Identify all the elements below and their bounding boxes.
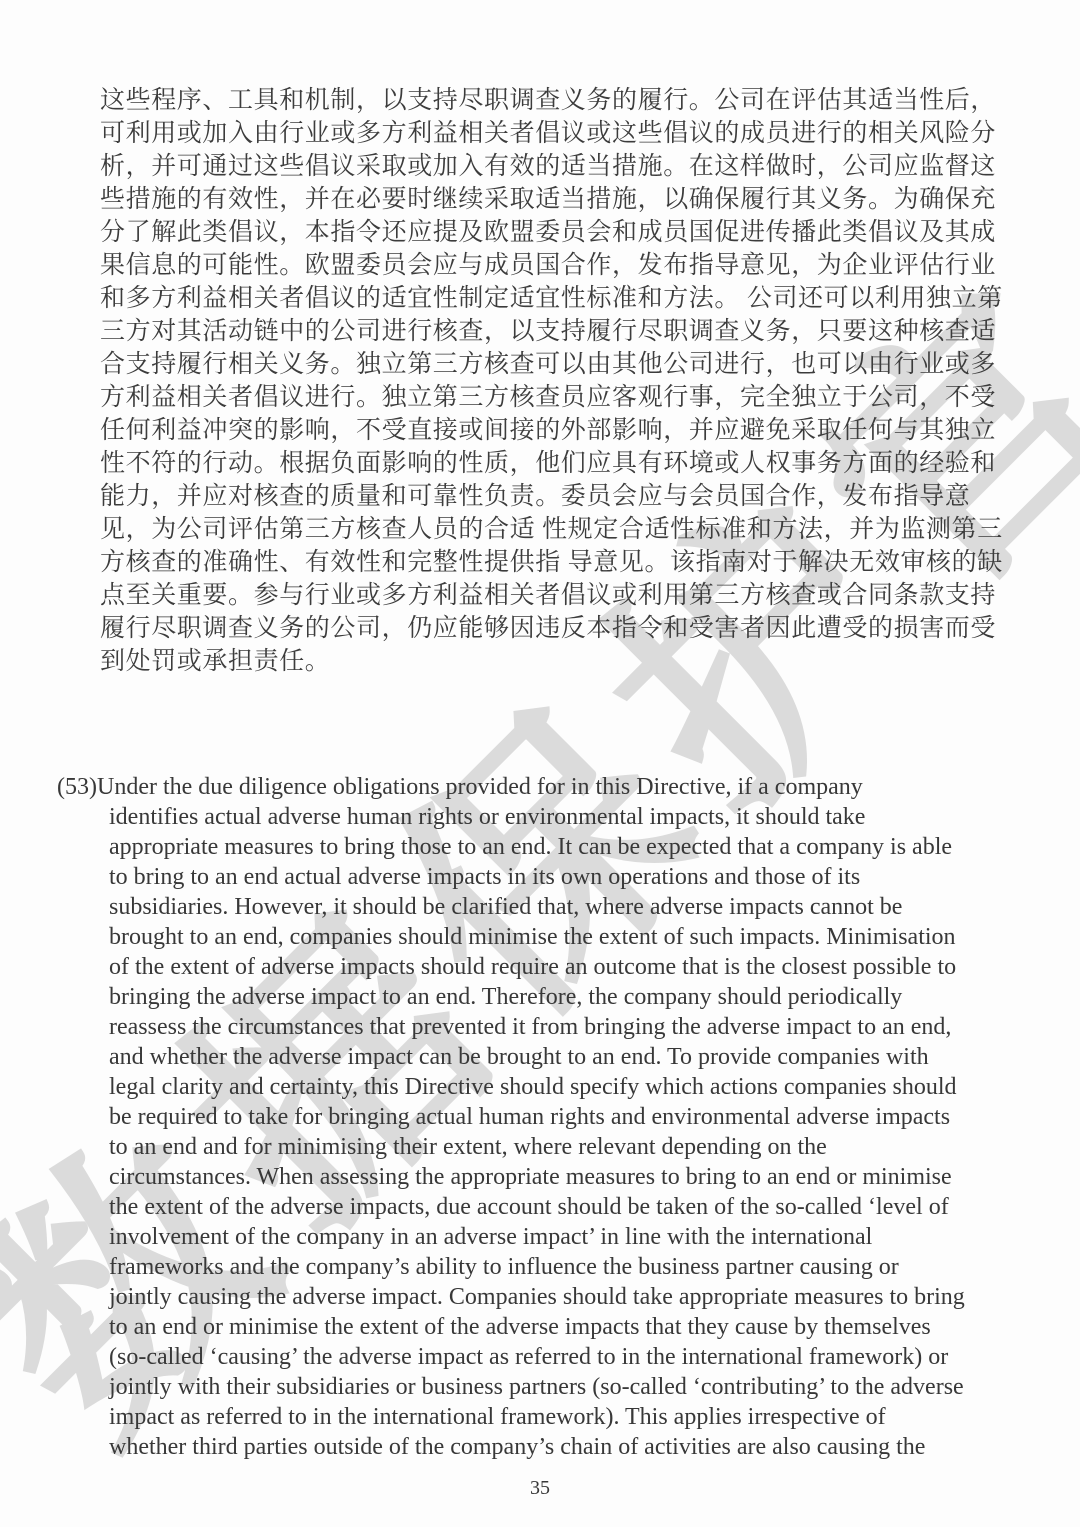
text-line: 分了解此类倡议，本指令还应提及欧盟委员会和成员国促进传播此类倡议及其成	[100, 216, 1020, 249]
text-line: 这些程序、工具和机制，以支持尽职调查义务的履行。公司在评估其适当性后，	[100, 84, 1020, 117]
text-line: 三方对其活动链中的公司进行核查，以支持履行尽职调查义务，只要这种核查适	[100, 315, 1020, 348]
text-line: 见，为公司评估第三方核查人员的合适 性规定合适性标准和方法，并为监测第三	[100, 513, 1020, 546]
text-line: subsidiaries. However, it should be clar…	[109, 892, 1047, 922]
text-line: 任何利益冲突的影响，不受直接或间接的外部影响，并应避免采取任何与其独立	[100, 414, 1020, 447]
text-line: appropriate measures to bring those to a…	[109, 832, 1047, 862]
text-line: 到处罚或承担责任。	[100, 645, 1020, 678]
text-line: impact as referred to in the internation…	[109, 1402, 1047, 1432]
text-line: 析，并可通过这些倡议采取或加入有效的适当措施。在这样做时，公司应监督这	[100, 150, 1020, 183]
text-line: to bring to an end actual adverse impact…	[109, 862, 1047, 892]
text-line: 方核查的准确性、有效性和完整性提供指 导意见。该指南对于解决无效审核的缺	[100, 546, 1020, 579]
text-line: 方利益相关者倡议进行。独立第三方核查员应客观行事，完全独立于公司，不受	[100, 381, 1020, 414]
text-line: identifies actual adverse human rights o…	[109, 802, 1047, 832]
text-line: 履行尽职调查义务的公司，仍应能够因违反本指令和受害者因此遭受的损害而受	[100, 612, 1020, 645]
text-line: of the extent of adverse impacts should …	[109, 952, 1047, 982]
english-paragraph-53: (53)Under the due diligence obligations …	[57, 772, 1047, 1462]
page-number: 35	[0, 1477, 1080, 1500]
text-line: and whether the adverse impact can be br…	[109, 1042, 1047, 1072]
text-line: 和多方利益相关者倡议的适宜性制定适宜性标准和方法。 公司还可以利用独立第	[100, 282, 1020, 315]
text-line: to an end or minimise the extent of the …	[109, 1312, 1047, 1342]
paragraph-body: identifies actual adverse human rights o…	[57, 802, 1047, 1462]
text-line: 性不符的行动。根据负面影响的性质，他们应具有环境或人权事务方面的经验和	[100, 447, 1020, 480]
text-line: 点至关重要。参与行业或多方利益相关者倡议或利用第三方核查或合同条款支持	[100, 579, 1020, 612]
paragraph-number: (53)	[57, 774, 97, 800]
text-line: bringing the adverse impact to an end. T…	[109, 982, 1047, 1012]
chinese-paragraph: 这些程序、工具和机制，以支持尽职调查义务的履行。公司在评估其适当性后，可利用或加…	[100, 84, 1020, 678]
text-line: whether third parties outside of the com…	[109, 1432, 1047, 1462]
text-line: legal clarity and certainty, this Direct…	[109, 1072, 1047, 1102]
text-line: involvement of the company in an adverse…	[109, 1222, 1047, 1252]
text-line: (so-called ‘causing’ the adverse impact …	[109, 1342, 1047, 1372]
text-line: 能力，并应对核查的质量和可靠性负责。委员会应与会员国合作，发布指导意	[100, 480, 1020, 513]
text-line: 果信息的可能性。欧盟委员会应与成员国合作，发布指导意见，为企业评估行业	[100, 249, 1020, 282]
paragraph-first-line: (53)Under the due diligence obligations …	[57, 772, 1047, 802]
document-page: 数据保护官 这些程序、工具和机制，以支持尽职调查义务的履行。公司在评估其适当性后…	[0, 0, 1080, 1527]
text-line: 合支持履行相关义务。独立第三方核查可以由其他公司进行，也可以由行业或多	[100, 348, 1020, 381]
text-line: jointly with their subsidiaries or busin…	[109, 1372, 1047, 1402]
text-line: frameworks and the company’s ability to …	[109, 1252, 1047, 1282]
text-line: reassess the circumstances that prevente…	[109, 1012, 1047, 1042]
text-line: circumstances. When assessing the approp…	[109, 1162, 1047, 1192]
text-line: 可利用或加入由行业或多方利益相关者倡议或这些倡议的成员进行的相关风险分	[100, 117, 1020, 150]
text-line: brought to an end, companies should mini…	[109, 922, 1047, 952]
text-line: be required to take for bringing actual …	[109, 1102, 1047, 1132]
text-line: jointly causing the adverse impact. Comp…	[109, 1282, 1047, 1312]
text-line: the extent of the adverse impacts, due a…	[109, 1192, 1047, 1222]
text-line: 些措施的有效性，并在必要时继续采取适当措施，以确保履行其义务。为确保充	[100, 183, 1020, 216]
paragraph-first-line-text: Under the due diligence obligations prov…	[97, 774, 863, 800]
text-line: to an end and for minimising their exten…	[109, 1132, 1047, 1162]
